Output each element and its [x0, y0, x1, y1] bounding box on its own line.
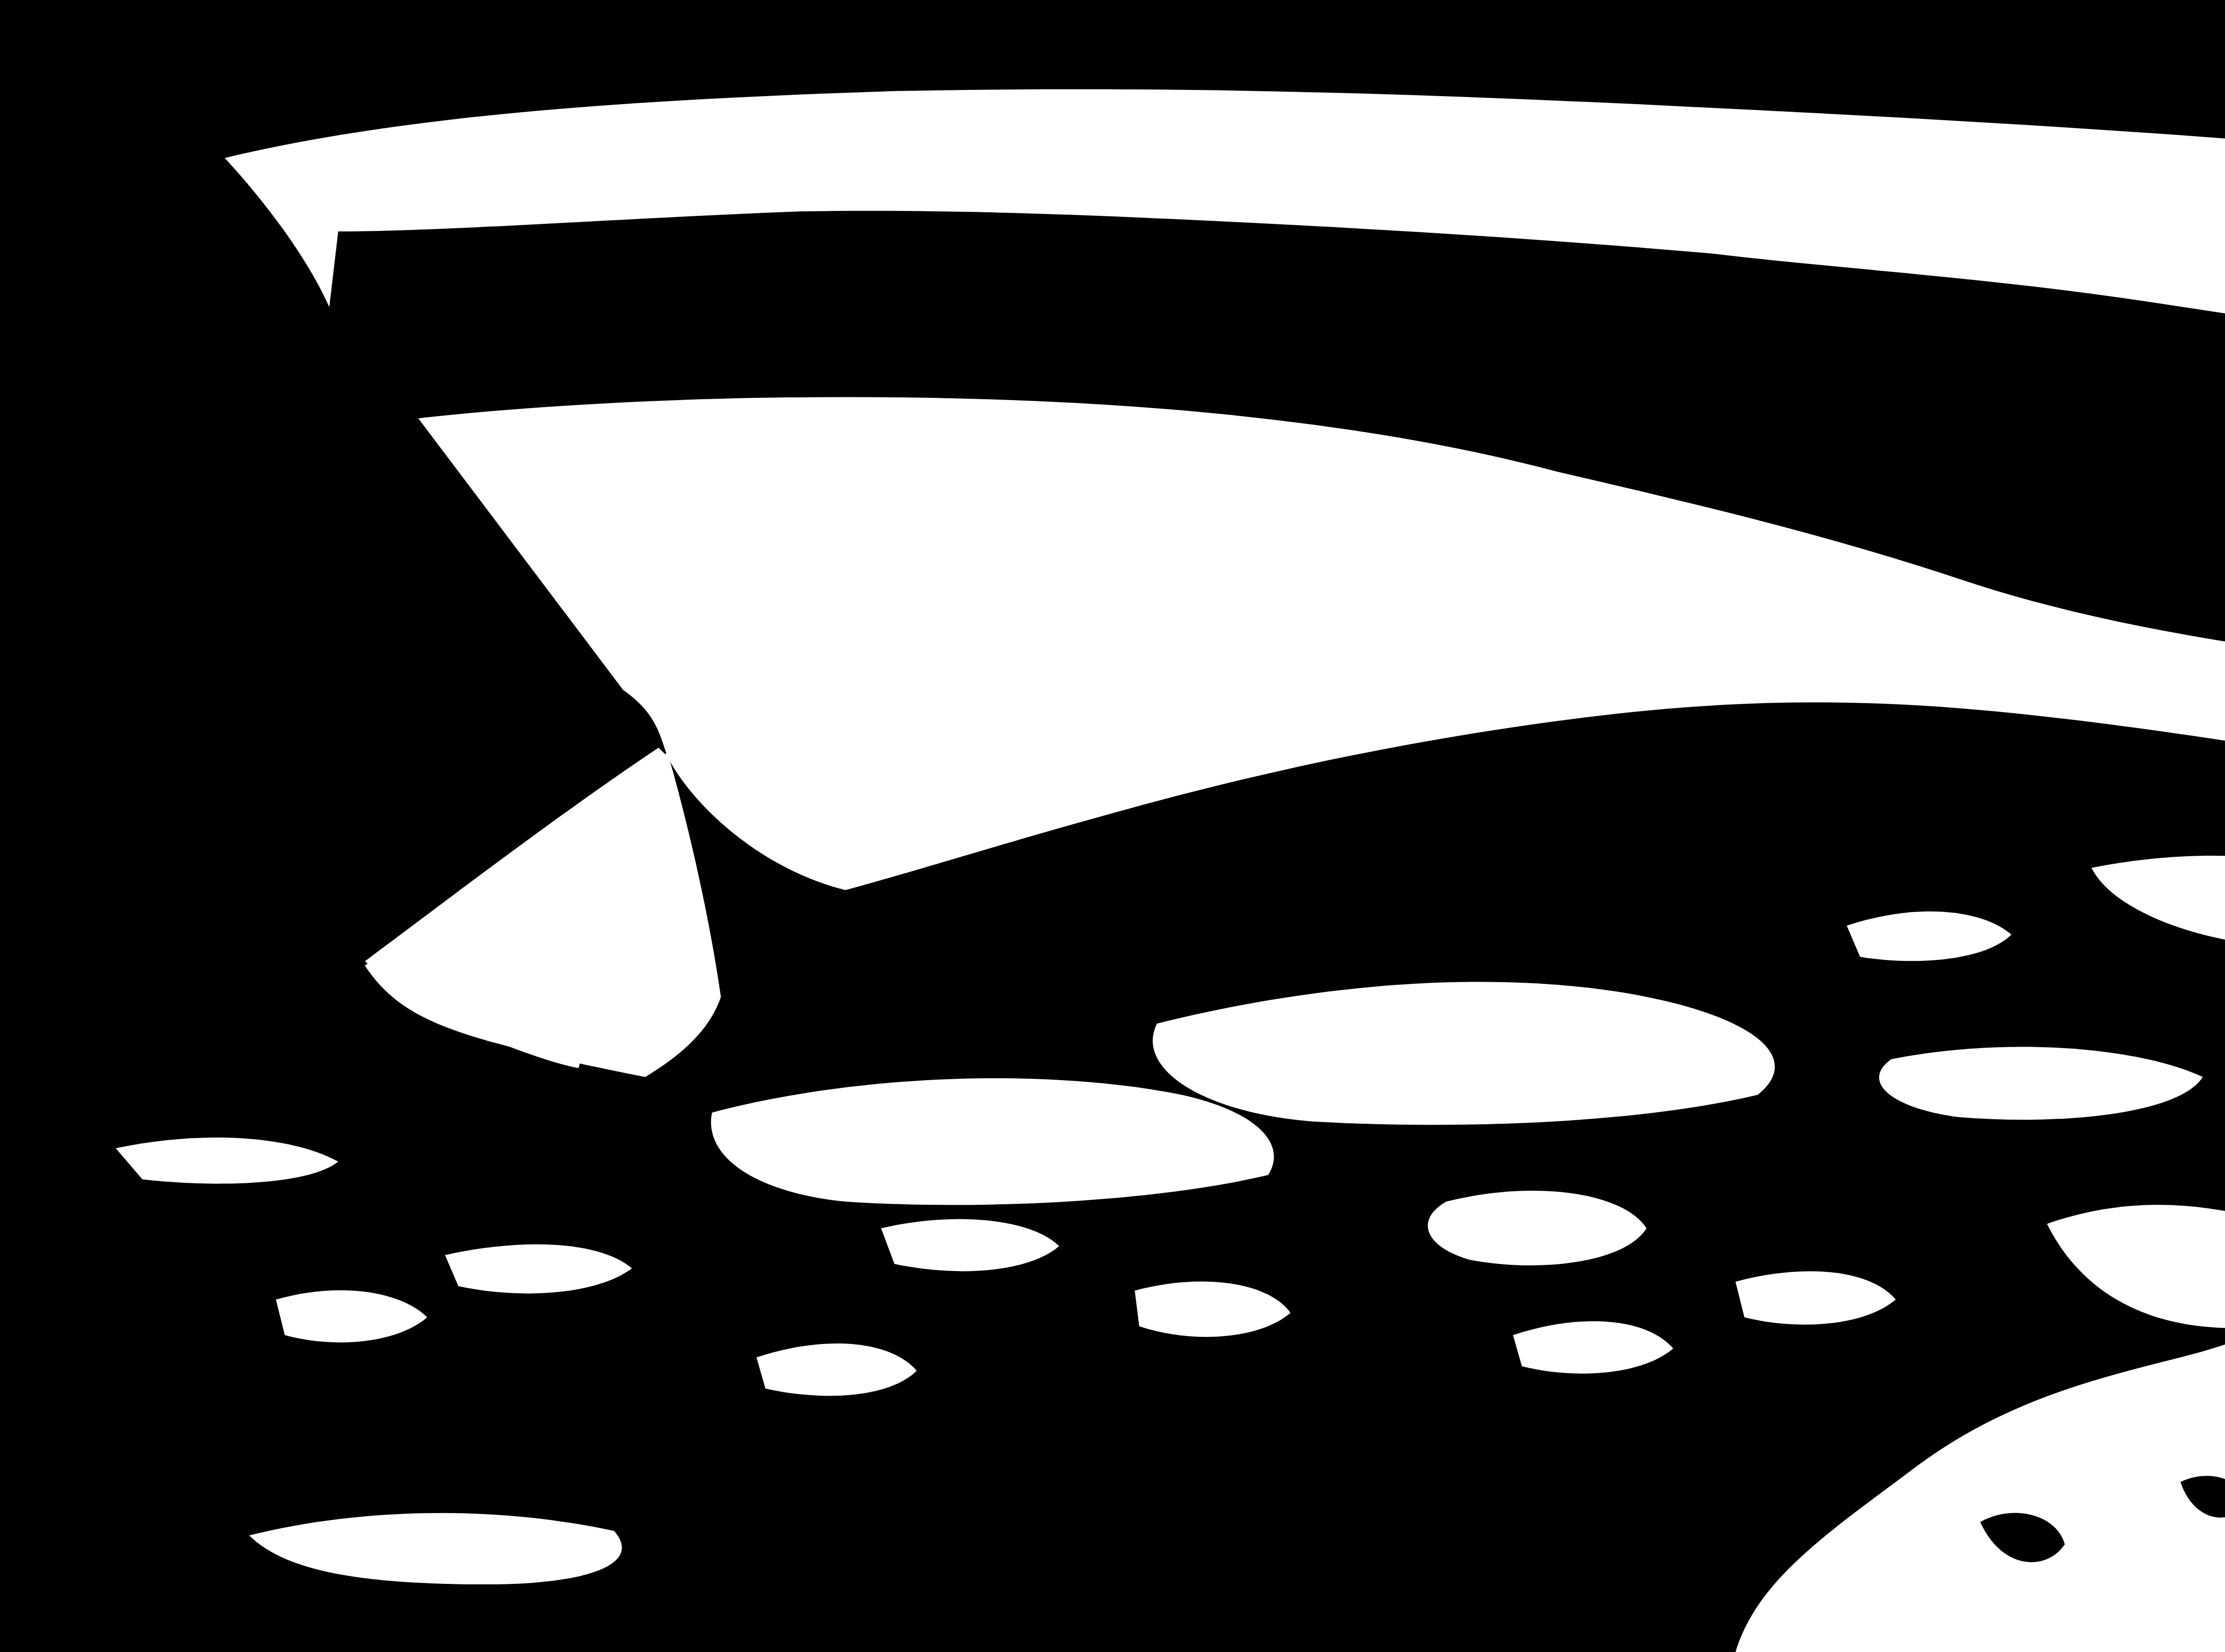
thresholded-aerial-photo — [0, 0, 2225, 1652]
